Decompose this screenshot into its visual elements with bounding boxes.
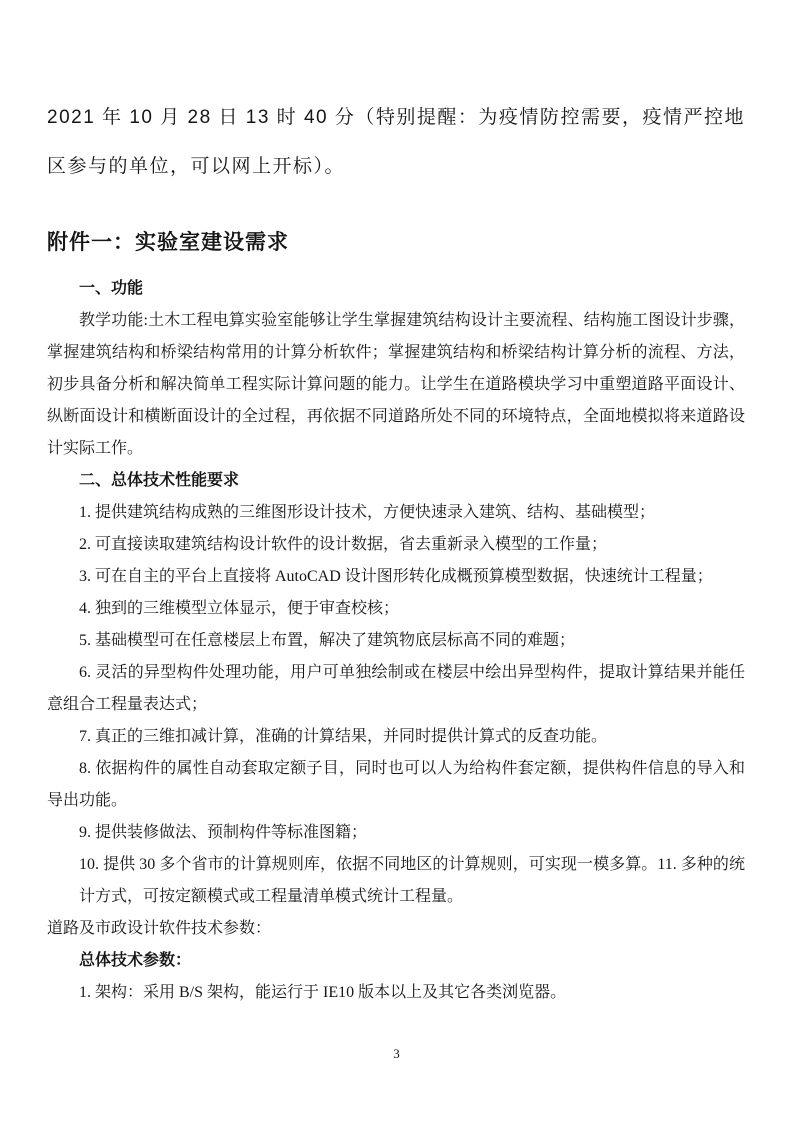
requirement-item-5: 5. 基础模型可在任意楼层上布置，解决了建筑物底层标高不同的难题； — [47, 625, 745, 657]
page-number: 3 — [0, 1046, 793, 1062]
attachment-heading: 附件一：实验室建设需求 — [47, 227, 745, 259]
document-page: 2021 年 10 月 28 日 13 时 40 分（特别提醒：为疫情防控需要，… — [0, 0, 793, 1122]
requirement-item-8: 8. 依据构件的属性自动套取定额子目，同时也可以人为给构件套定额，提供构件信息的… — [47, 753, 745, 817]
requirement-item-6: 6. 灵活的异型构件处理功能，用户可单独绘制或在楼层中绘出异型构件，提取计算结果… — [47, 657, 745, 721]
requirement-item-3: 3. 可在自主的平台上直接将 AutoCAD 设计图形转化成概预算模型数据，快速… — [47, 561, 745, 593]
requirement-item-2: 2. 可直接读取建筑结构设计软件的设计数据，省去重新录入模型的工作量； — [47, 529, 745, 561]
overall-params-title: 总体技术参数： — [47, 945, 745, 977]
intro-paragraph: 2021 年 10 月 28 日 13 时 40 分（特别提醒：为疫情防控需要，… — [47, 93, 745, 191]
requirement-item-7: 7. 真正的三维扣减计算，准确的计算结果，并同时提供计算式的反查功能。 — [47, 721, 745, 753]
section-function-title: 一、功能 — [47, 273, 745, 305]
architecture-item: 1. 架构：采用 B/S 架构，能运行于 IE10 版本以上及其它各类浏览器。 — [47, 977, 745, 1009]
requirement-item-10-11: 10. 提供 30 多个省市的计算规则库，依据不同地区的计算规则，可实现一模多算… — [47, 849, 745, 913]
section-requirements-title: 二、总体技术性能要求 — [47, 465, 745, 497]
requirement-item-4: 4. 独到的三维模型立体显示，便于审查校核； — [47, 593, 745, 625]
section-function-paragraph: 教学功能:土木工程电算实验室能够让学生掌握建筑结构设计主要流程、结构施工图设计步… — [47, 305, 745, 465]
requirement-item-1: 1. 提供建筑结构成熟的三维图形设计技术，方便快速录入建筑、结构、基础模型； — [47, 497, 745, 529]
road-software-params-title: 道路及市政设计软件技术参数： — [47, 913, 745, 945]
requirement-item-9: 9. 提供装修做法、预制构件等标准图籍； — [47, 817, 745, 849]
